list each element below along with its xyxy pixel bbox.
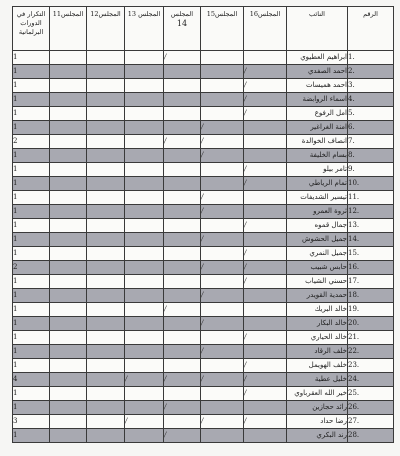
row-number-cell: 15. [348,247,394,261]
council-11-cell [50,93,87,107]
council-15-cell: / [201,121,244,135]
header-council-15: المجلس15 [201,7,244,51]
row-number-cell: 12. [348,205,394,219]
header-name: النائب [287,7,348,51]
council-13-cell [125,205,164,219]
row-number-cell: 28. [348,429,394,443]
council-11-cell [50,135,87,149]
table-row: 1/رائد حجازين26. [13,401,394,415]
header-council-11: المجلس11 [50,7,87,51]
council-15-cell: / [201,317,244,331]
member-name-cell: رضا حداد [287,415,348,429]
council-14-cell [164,149,201,163]
council-16-cell: / [244,275,287,289]
member-name-cell: تمام الرياطي [287,177,348,191]
member-name-cell: جميل الحشوش [287,233,348,247]
council-13-cell [125,107,164,121]
table-body: 1/ابراهيم العطيوي1.1/احمد الصفدي2.1/احمد… [13,51,394,443]
table-header-row: التكرار في الدورات البرلمانية المجلس11 ا… [13,7,394,51]
member-name-cell: ابراهيم العطيوي [287,51,348,65]
member-name-cell: امل الرفوع [287,107,348,121]
council-15-cell [201,79,244,93]
table-row: 1/خلف الهويمل23. [13,359,394,373]
parliament-members-table: التكرار في الدورات البرلمانية المجلس11 ا… [12,6,394,443]
council-15-cell: / [201,373,244,387]
council-13-cell: / [125,415,164,429]
row-number-cell: 6. [348,121,394,135]
council-15-cell [201,177,244,191]
member-name-cell: خلف الرقاد [287,345,348,359]
row-number-cell: 7. [348,135,394,149]
header-council-16: المجلس16 [244,7,287,51]
header-council-14-number: 14 [164,19,200,28]
council-16-cell [244,51,287,65]
council-16-cell: / [244,93,287,107]
council-16-cell: / [244,261,287,275]
council-12-cell [87,303,125,317]
council-11-cell [50,373,87,387]
council-13-cell [125,135,164,149]
member-name-cell: اسماء الروابضة [287,93,348,107]
header-council-13: المجلس 13 [125,7,164,51]
member-name-cell: احمد هميسات [287,79,348,93]
council-12-cell [87,331,125,345]
member-name-cell: تامر بيلو [287,163,348,177]
council-16-cell: / [244,219,287,233]
council-16-cell: / [244,373,287,387]
count-cell: 1 [13,93,50,107]
council-11-cell [50,107,87,121]
council-15-cell [201,93,244,107]
row-number-cell: 24. [348,373,394,387]
council-12-cell [87,373,125,387]
council-13-cell [125,233,164,247]
table-row: 1/ابراهيم العطيوي1. [13,51,394,65]
count-cell: 1 [13,275,50,289]
council-14-cell [164,387,201,401]
table-row: 1/خالد البريك19. [13,303,394,317]
council-14-cell [164,65,201,79]
council-14-cell [164,107,201,121]
header-count: التكرار في الدورات البرلمانية [13,7,50,51]
row-number-cell: 16. [348,261,394,275]
council-13-cell [125,429,164,443]
row-number-cell: 23. [348,359,394,373]
count-cell: 1 [13,205,50,219]
council-11-cell [50,415,87,429]
council-13-cell: / [125,373,164,387]
table-row: 2//حابس شبيب16. [13,261,394,275]
row-number-cell: 5. [348,107,394,121]
council-14-cell [164,331,201,345]
council-15-cell: / [201,415,244,429]
council-15-cell [201,387,244,401]
count-cell: 3 [13,415,50,429]
council-12-cell [87,401,125,415]
council-16-cell: / [244,331,287,345]
council-15-cell [201,219,244,233]
council-12-cell [87,289,125,303]
council-14-cell: / [164,373,201,387]
header-index: الرقم [348,7,394,51]
council-13-cell [125,275,164,289]
count-cell: 1 [13,107,50,121]
council-14-cell [164,261,201,275]
council-12-cell [87,205,125,219]
council-14-cell [164,247,201,261]
count-cell: 1 [13,233,50,247]
row-number-cell: 26. [348,401,394,415]
council-13-cell [125,177,164,191]
council-16-cell: / [244,79,287,93]
council-12-cell [87,121,125,135]
member-name-cell: خالد الحياري [287,331,348,345]
council-14-cell [164,93,201,107]
member-name-cell: انصاف الخوالدة [287,135,348,149]
table-row: 1/احمد هميسات3. [13,79,394,93]
council-14-cell [164,219,201,233]
council-11-cell [50,275,87,289]
row-number-cell: 9. [348,163,394,177]
council-13-cell [125,387,164,401]
member-name-cell: خليل عطية [287,373,348,387]
council-11-cell [50,233,87,247]
table-row: 4////خليل عطية24. [13,373,394,387]
council-15-cell: / [201,191,244,205]
count-cell: 1 [13,121,50,135]
council-11-cell [50,331,87,345]
council-15-cell: / [201,261,244,275]
council-12-cell [87,177,125,191]
council-16-cell [244,205,287,219]
council-13-cell [125,359,164,373]
council-13-cell [125,79,164,93]
row-number-cell: 4. [348,93,394,107]
count-cell: 1 [13,289,50,303]
table-row: 1/احمد الصفدي2. [13,65,394,79]
count-cell: 2 [13,261,50,275]
council-13-cell [125,289,164,303]
council-11-cell [50,149,87,163]
table-row: 1/جميل النمري15. [13,247,394,261]
council-13-cell [125,121,164,135]
council-12-cell [87,275,125,289]
row-number-cell: 17. [348,275,394,289]
council-16-cell [244,429,287,443]
council-15-cell [201,247,244,261]
document-page: التكرار في الدورات البرلمانية المجلس11 ا… [0,0,400,456]
council-11-cell [50,247,87,261]
member-name-cell: حمدية القويدر [287,289,348,303]
count-cell: 1 [13,191,50,205]
council-16-cell: / [244,247,287,261]
count-cell: 1 [13,163,50,177]
row-number-cell: 8. [348,149,394,163]
council-11-cell [50,191,87,205]
council-15-cell [201,163,244,177]
row-number-cell: 21. [348,331,394,345]
council-12-cell [87,93,125,107]
member-name-cell: خلف الهويمل [287,359,348,373]
council-12-cell [87,191,125,205]
council-11-cell [50,387,87,401]
table-row: 1/خير الله العقرباوي25. [13,387,394,401]
member-name-cell: خير الله العقرباوي [287,387,348,401]
member-name-cell: بسام الخليفة [287,149,348,163]
row-number-cell: 2. [348,65,394,79]
council-14-cell: / [164,135,201,149]
table-row: 1/خالد الحياري21. [13,331,394,345]
table-row: 1/امنة الغراغير6. [13,121,394,135]
member-name-cell: امنة الغراغير [287,121,348,135]
table-row: 1/امل الرفوع5. [13,107,394,121]
member-name-cell: حابس شبيب [287,261,348,275]
header-council-14: المجلس 14 [164,7,201,51]
council-12-cell [87,79,125,93]
council-15-cell [201,401,244,415]
council-11-cell [50,429,87,443]
council-13-cell [125,149,164,163]
council-16-cell [244,233,287,247]
council-14-cell [164,163,201,177]
council-15-cell [201,303,244,317]
council-11-cell [50,317,87,331]
count-cell: 1 [13,149,50,163]
council-15-cell: / [201,135,244,149]
council-16-cell [244,135,287,149]
council-12-cell [87,429,125,443]
council-12-cell [87,51,125,65]
row-number-cell: 1. [348,51,394,65]
council-16-cell [244,191,287,205]
council-15-cell [201,65,244,79]
council-13-cell [125,401,164,415]
council-14-cell [164,121,201,135]
count-cell: 1 [13,247,50,261]
council-11-cell [50,289,87,303]
council-16-cell [244,345,287,359]
count-cell: 1 [13,317,50,331]
council-11-cell [50,121,87,135]
council-12-cell [87,233,125,247]
council-11-cell [50,359,87,373]
member-name-cell: احمد الصفدي [287,65,348,79]
row-number-cell: 20. [348,317,394,331]
table-row: 1/رند البكري28. [13,429,394,443]
council-16-cell: / [244,65,287,79]
council-15-cell [201,275,244,289]
council-13-cell [125,51,164,65]
council-12-cell [87,219,125,233]
table-row: 1/جميل الحشوش14. [13,233,394,247]
council-15-cell: / [201,149,244,163]
council-14-cell [164,177,201,191]
council-11-cell [50,177,87,191]
table-row: 1/اسماء الروابضة4. [13,93,394,107]
row-number-cell: 19. [348,303,394,317]
council-16-cell [244,401,287,415]
count-cell: 1 [13,65,50,79]
row-number-cell: 25. [348,387,394,401]
council-16-cell [244,317,287,331]
council-13-cell [125,345,164,359]
council-11-cell [50,65,87,79]
council-14-cell: / [164,401,201,415]
council-14-cell: / [164,51,201,65]
count-cell: 4 [13,373,50,387]
council-15-cell: / [201,233,244,247]
count-cell: 1 [13,177,50,191]
council-14-cell [164,191,201,205]
council-14-cell [164,233,201,247]
member-name-cell: تيسير الشديفات [287,191,348,205]
council-15-cell: / [201,345,244,359]
council-12-cell [87,359,125,373]
table-row: 1/بسام الخليفة8. [13,149,394,163]
council-12-cell [87,317,125,331]
header-council-12: المجلس12 [87,7,125,51]
council-13-cell [125,317,164,331]
member-name-cell: جمال قموه [287,219,348,233]
council-12-cell [87,345,125,359]
council-12-cell [87,261,125,275]
council-14-cell [164,289,201,303]
count-cell: 1 [13,331,50,345]
row-number-cell: 22. [348,345,394,359]
council-14-cell [164,275,201,289]
table-row: 1/حمدية القويدر18. [13,289,394,303]
row-number-cell: 11. [348,191,394,205]
count-cell: 1 [13,401,50,415]
council-14-cell [164,359,201,373]
council-13-cell [125,163,164,177]
table-row: 1/تامر بيلو9. [13,163,394,177]
council-11-cell [50,51,87,65]
council-15-cell: / [201,205,244,219]
row-number-cell: 13. [348,219,394,233]
council-11-cell [50,163,87,177]
council-16-cell: / [244,163,287,177]
council-11-cell [50,79,87,93]
council-14-cell [164,317,201,331]
council-16-cell [244,121,287,135]
council-12-cell [87,415,125,429]
council-13-cell [125,247,164,261]
council-14-cell [164,79,201,93]
council-13-cell [125,261,164,275]
row-number-cell: 18. [348,289,394,303]
count-cell: 1 [13,51,50,65]
council-12-cell [87,107,125,121]
table-row: 1/تمام الرياطي10. [13,177,394,191]
council-12-cell [87,163,125,177]
row-number-cell: 3. [348,79,394,93]
table-row: 1/خالد البكار20. [13,317,394,331]
council-11-cell [50,401,87,415]
council-11-cell [50,205,87,219]
council-14-cell: / [164,429,201,443]
council-16-cell: / [244,359,287,373]
header-council-14-label: المجلس [164,10,200,19]
council-16-cell: / [244,415,287,429]
council-16-cell: / [244,387,287,401]
member-name-cell: جميل النمري [287,247,348,261]
table-row: 1/جمال قموه13. [13,219,394,233]
member-name-cell: رائد حجازين [287,401,348,415]
council-16-cell: / [244,177,287,191]
member-name-cell: خالد البكار [287,317,348,331]
table-row: 1/ثروة العمرو12. [13,205,394,219]
row-number-cell: 27. [348,415,394,429]
row-number-cell: 14. [348,233,394,247]
count-cell: 1 [13,345,50,359]
table-row: 1/خلف الرقاد22. [13,345,394,359]
council-11-cell [50,345,87,359]
council-12-cell [87,247,125,261]
member-name-cell: ثروة العمرو [287,205,348,219]
council-15-cell [201,331,244,345]
row-number-cell: 10. [348,177,394,191]
council-11-cell [50,261,87,275]
council-11-cell [50,303,87,317]
council-16-cell [244,303,287,317]
table-row: 1/حسني الشياب17. [13,275,394,289]
count-cell: 2 [13,135,50,149]
council-15-cell [201,359,244,373]
council-13-cell [125,65,164,79]
table-row: 1/تيسير الشديفات11. [13,191,394,205]
count-cell: 1 [13,359,50,373]
council-14-cell: / [164,303,201,317]
council-16-cell: / [244,107,287,121]
council-14-cell [164,205,201,219]
council-12-cell [87,65,125,79]
council-14-cell [164,415,201,429]
council-14-cell [164,345,201,359]
council-13-cell [125,191,164,205]
council-15-cell [201,429,244,443]
count-cell: 1 [13,219,50,233]
council-13-cell [125,303,164,317]
count-cell: 1 [13,303,50,317]
member-name-cell: حسني الشياب [287,275,348,289]
member-name-cell: خالد البريك [287,303,348,317]
count-cell: 1 [13,387,50,401]
council-15-cell: / [201,289,244,303]
table-row: 2//انصاف الخوالدة7. [13,135,394,149]
council-12-cell [87,387,125,401]
council-15-cell [201,51,244,65]
council-13-cell [125,219,164,233]
council-13-cell [125,93,164,107]
council-15-cell [201,107,244,121]
council-12-cell [87,135,125,149]
council-16-cell [244,289,287,303]
table-row: 3///رضا حداد27. [13,415,394,429]
council-13-cell [125,331,164,345]
count-cell: 1 [13,79,50,93]
count-cell: 1 [13,429,50,443]
council-11-cell [50,219,87,233]
member-name-cell: رند البكري [287,429,348,443]
council-12-cell [87,149,125,163]
council-16-cell [244,149,287,163]
